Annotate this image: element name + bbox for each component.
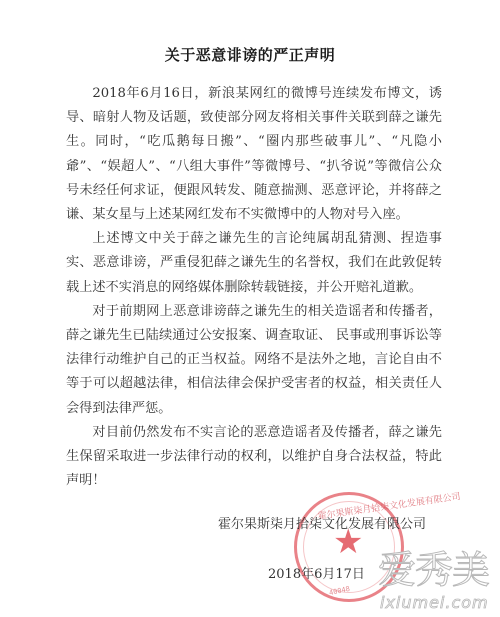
paragraph-4: 对目前仍然发布不实言论的恶意造谣者及传播者，薛之谦先生保留采取进一步法律行动的权… — [66, 421, 442, 494]
paragraph-2: 上述博文中关于薛之谦先生的言论纯属胡乱猜测、捏造事实、恶意诽谤，严重侵犯薛之谦先… — [66, 227, 442, 300]
paragraph-3: 对于前期网上恶意诽谤薛之谦先生的相关造谣者和传播者，薛之谦先生已陆续通过公安报案… — [66, 300, 442, 421]
company-signature: 霍尔果斯柒月拾柒文化发展有限公司 — [218, 513, 426, 532]
paragraph-1: 2018年6月16日，新浪某网红的微博号连续发布博文，诱导、暗射人物及话题，致使… — [66, 82, 442, 227]
site-watermark-url: ixiumei.com — [380, 593, 489, 612]
statement-date: 2018年6月17日 — [268, 563, 365, 582]
site-watermark: 爱秀美 — [378, 548, 489, 592]
statement-body: 2018年6月16日，新浪某网红的微博号连续发布博文，诱导、暗射人物及话题，致使… — [66, 82, 442, 493]
statement-title: 关于恶意诽谤的严正声明 — [0, 44, 500, 65]
